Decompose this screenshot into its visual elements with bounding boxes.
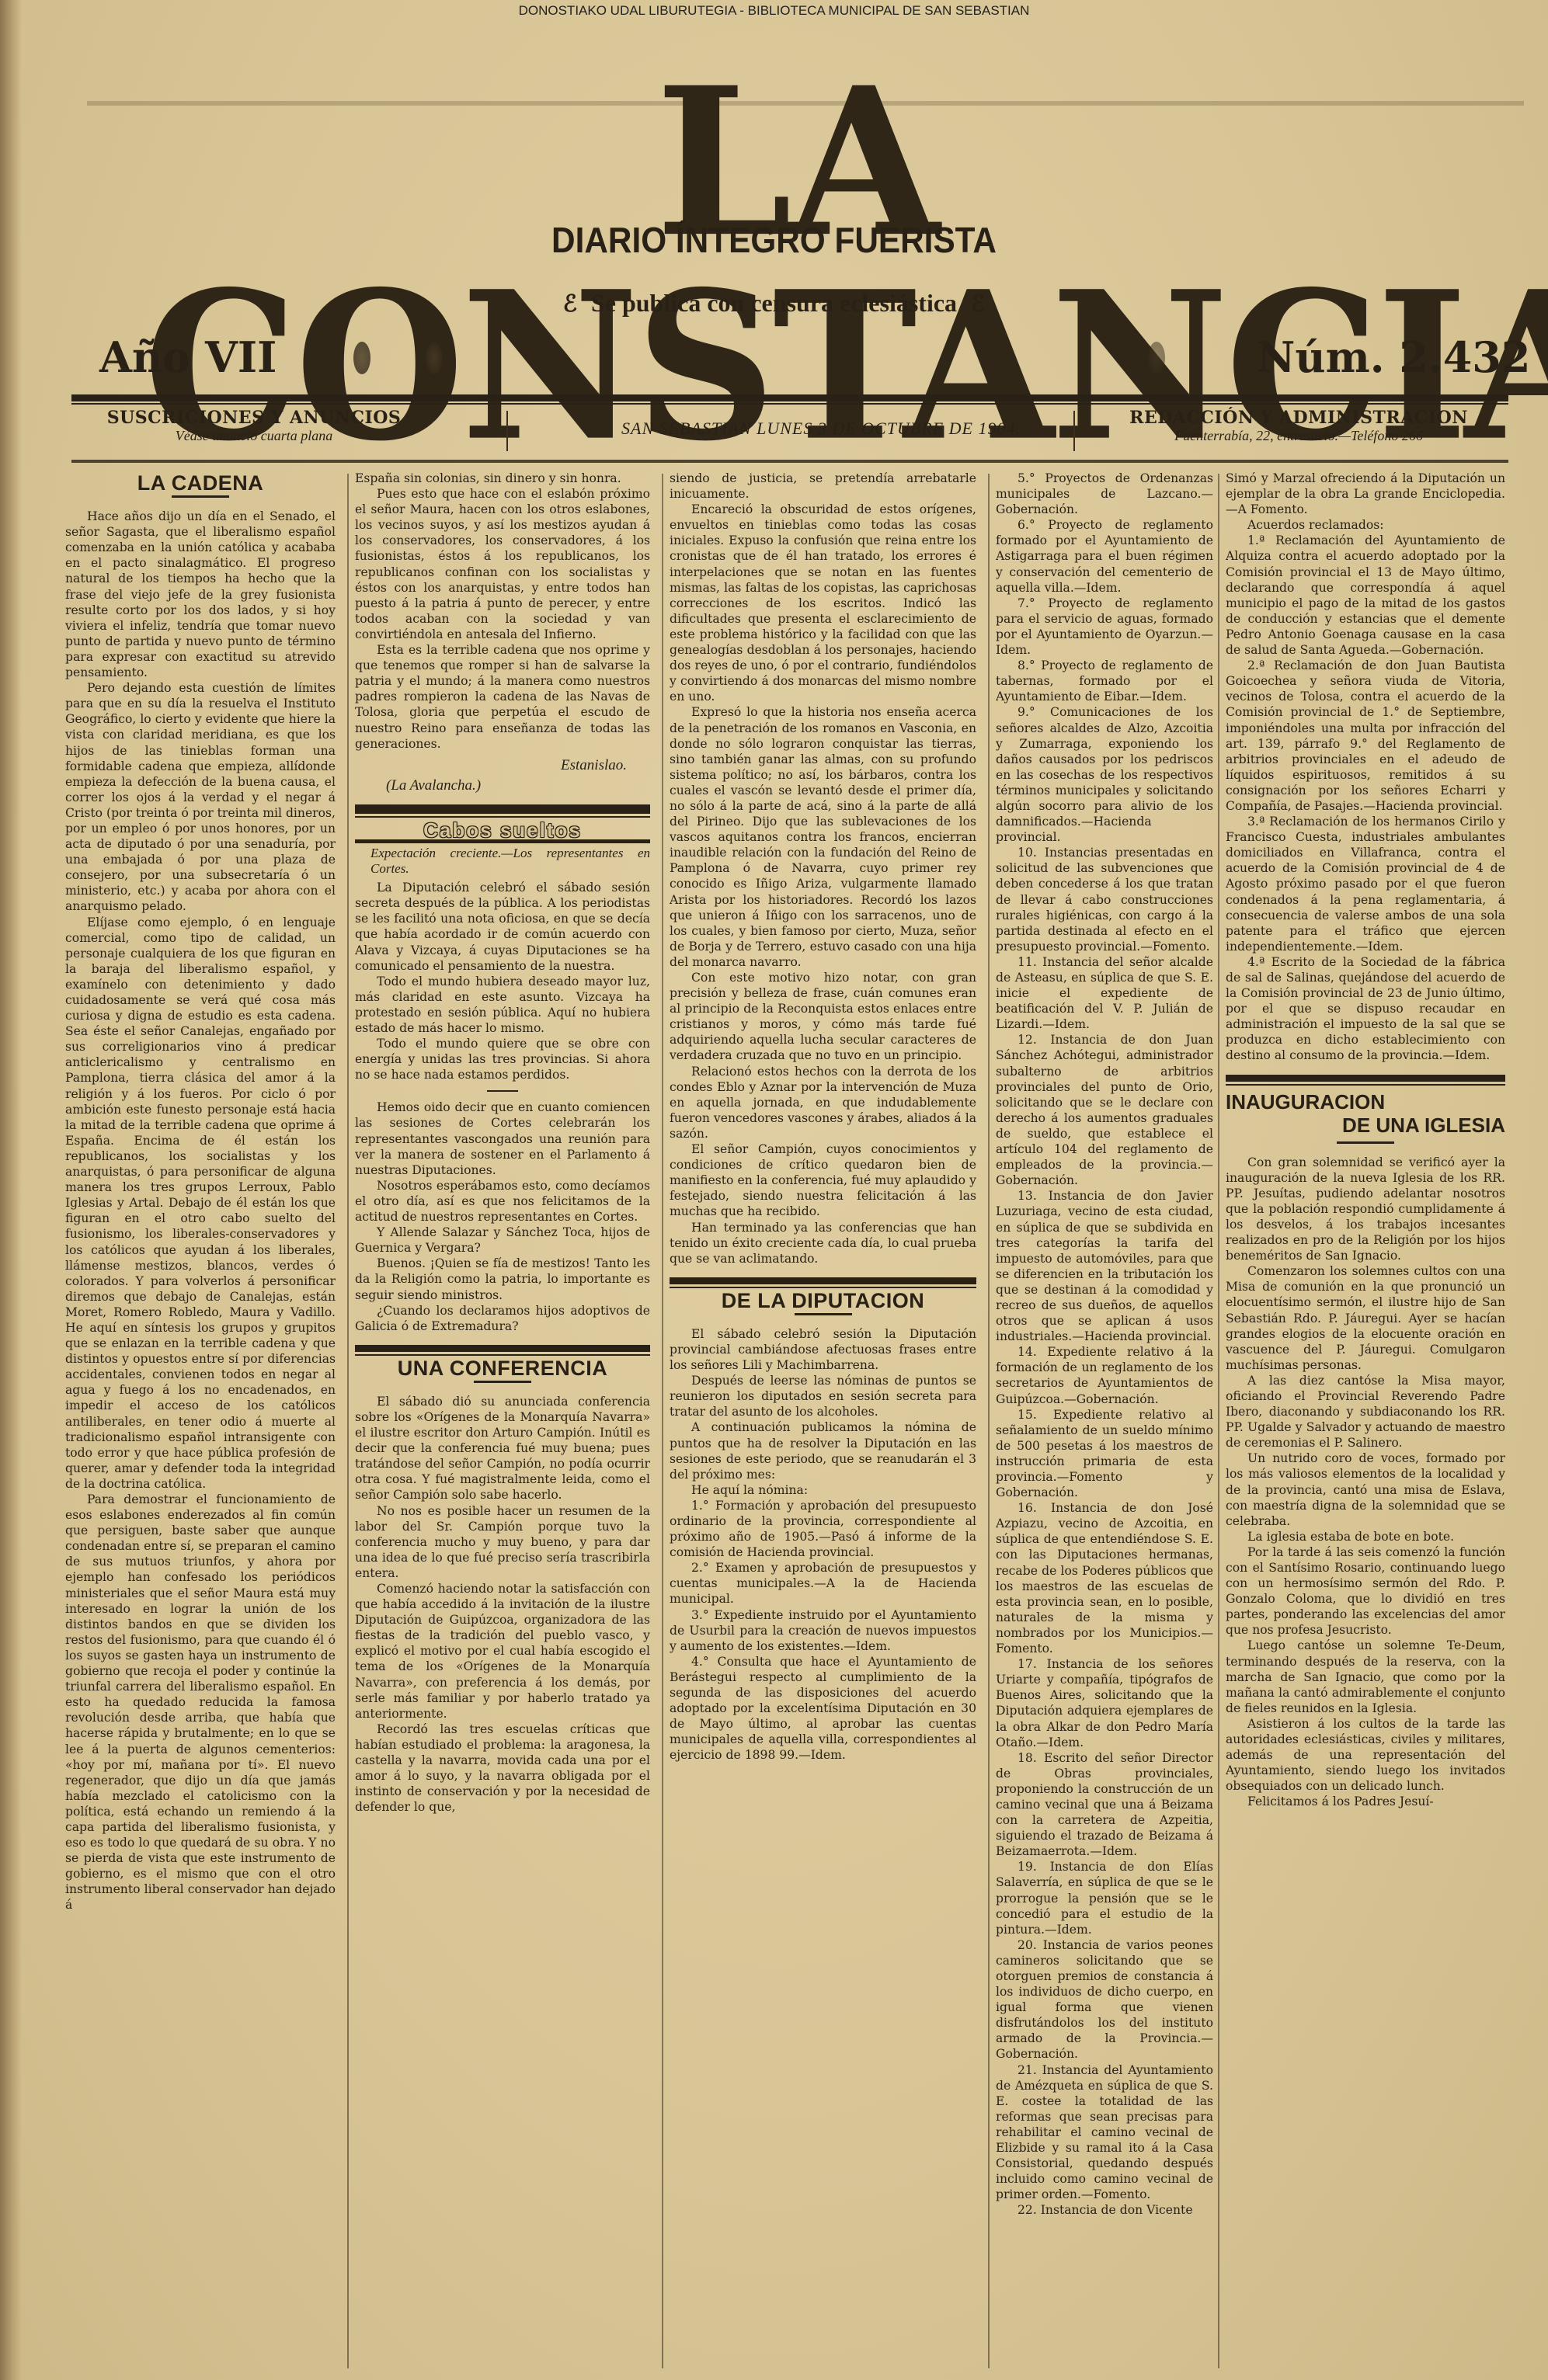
article-paragraph: Hace años dijo un día en el Senado, el s… <box>65 509 336 680</box>
section-band <box>670 1277 976 1284</box>
article-paragraph: La Diputación celebró el sábado sesión s… <box>355 880 650 974</box>
nomina-item: 9.° Comunicaciones de los señores alcald… <box>996 704 1213 845</box>
article-headline: INAUGURACION DE UNA IGLESIA <box>1226 1090 1505 1137</box>
nomina-item: 3.ª Reclamación de los hermanos Cirilo y… <box>1226 814 1505 954</box>
article-headline: DE LA DIPUTACION <box>670 1293 976 1308</box>
article-paragraph: Comenzaron los solemnes cultos con una M… <box>1226 1263 1505 1373</box>
article-paragraph: España sin colonias, sin dinero y sin ho… <box>355 471 650 486</box>
page-binding-edge <box>0 0 22 2380</box>
article-paragraph: Comenzó haciendo notar la satisfacción c… <box>355 1581 650 1722</box>
article-paragraph: Han terminado ya las conferencias que ha… <box>670 1220 976 1266</box>
section-rule <box>355 816 650 818</box>
article-paragraph: Hemos oido decir que en cuanto comiencen… <box>355 1100 650 1177</box>
section-band <box>1226 1075 1505 1082</box>
article-paragraph: Felicitamos á los Padres Jesuí- <box>1226 1794 1505 1809</box>
article-paragraph: A continuación publicamos la nómina de p… <box>670 1419 976 1482</box>
column-1: LA CADENA Hace años dijo un día en el Se… <box>65 471 336 2365</box>
info-bar: SUSCRICIONES Y ANUNCIOS Véase anuncio cu… <box>71 408 1508 454</box>
newspaper-title: LA CONSTANCIA <box>144 61 1449 468</box>
article-paragraph: Con gran solemnidad se verificó ayer la … <box>1226 1155 1505 1264</box>
article-paragraph: 1.° Formación y aprobación del presupues… <box>670 1498 976 1560</box>
subscriptions-heading: SUSCRICIONES Y ANUNCIOS <box>71 408 437 428</box>
nomina-item: 18. Escrito del señor Director de Obras … <box>996 1750 1213 1860</box>
article-paragraph: El sábado celebró sesión la Diputación p… <box>670 1326 976 1373</box>
nomina-item: Simó y Marzal ofreciendo á la Diputación… <box>1226 471 1505 517</box>
article-paragraph: Y Allende Salazar y Sánchez Toca, hijos … <box>355 1225 650 1256</box>
article-paragraph: Recordó las tres escuelas críticas que h… <box>355 1722 650 1815</box>
headline-line-1: INAUGURACION <box>1226 1090 1505 1114</box>
article-paragraph: Con este motivo hizo notar, con gran pre… <box>670 970 976 1064</box>
column-rule <box>662 474 663 2368</box>
subscriptions-note: Véase anuncio cuarta plana <box>71 428 437 444</box>
section-rule <box>670 1287 976 1288</box>
ornament-right-icon: ℰ <box>971 291 985 317</box>
column-rule <box>1218 474 1219 2368</box>
nomina-item: 13. Instancia de don Javier Luzuriaga, v… <box>996 1188 1213 1344</box>
ink-seal-icon <box>353 342 370 374</box>
nomina-item: 15. Expediente relativo al señalamiento … <box>996 1407 1213 1501</box>
ink-seal-icon <box>1148 342 1165 374</box>
section-title: Cabos sueltos <box>355 822 650 838</box>
article-paragraph: Buenos. ¡Quien se fía de mestizos! Tanto… <box>355 1256 650 1302</box>
article-paragraph: He aquí la nómina: <box>670 1482 976 1498</box>
headline-line-2: DE UNA IGLESIA <box>1226 1114 1505 1137</box>
info-separator <box>1073 411 1075 451</box>
headline-rule <box>1337 1141 1394 1144</box>
editorial-office-heading: REDACCIÓN Y ADMINISTRACION <box>1081 408 1516 428</box>
article-paragraph: El sábado dió su anunciada conferencia s… <box>355 1394 650 1503</box>
nomina-item: 8.° Proyecto de reglamento de tabernas, … <box>996 658 1213 704</box>
nomina-item: 16. Instancia de don José Azpiazu, vecin… <box>996 1500 1213 1656</box>
article-paragraph: El señor Campión, cuyos conocimientos y … <box>670 1141 976 1219</box>
article-paragraph: Por la tarde á las seis comenzó la funci… <box>1226 1544 1505 1638</box>
nomina-item: 22. Instancia de don Vicente <box>996 2202 1213 2218</box>
article-paragraph: 4.° Consulta que hace el Ayuntamiento de… <box>670 1654 976 1763</box>
ornament-left-icon: ℰ <box>563 291 577 317</box>
article-paragraph: Expresó lo que la historia nos enseña ac… <box>670 704 976 970</box>
article-paragraph: Elíjase como ejemplo, ó en lenguaje come… <box>65 915 336 1492</box>
nomina-item: 1.ª Reclamación del Ayuntamiento de Alqu… <box>1226 533 1505 658</box>
article-headline: LA CADENA <box>65 475 336 491</box>
article-paragraph: 3.° Expediente instruido por el Ayuntami… <box>670 1607 976 1654</box>
nomina-item: 17. Instancia de los señores Uriarte y c… <box>996 1656 1213 1750</box>
article-signature: Estanislao. <box>355 758 650 773</box>
headline-rule <box>795 1313 852 1315</box>
column-4: 5.° Proyectos de Ordenanzas municipales … <box>996 471 1213 2365</box>
nomina-item: 11. Instancia del señor alcalde de Astea… <box>996 954 1213 1032</box>
nomina-item: 4.ª Escrito de la Sociedad de la fábrica… <box>1226 954 1505 1064</box>
editorial-office-block: REDACCIÓN Y ADMINISTRACION Fuenterrabía,… <box>1081 408 1516 454</box>
censura-text: Se publica con censura eclesiástica <box>591 289 957 317</box>
article-paragraph: Relacionó estos hechos con la derrota de… <box>670 1064 976 1141</box>
article-paragraph: Después de leerse las nóminas de puntos … <box>670 1373 976 1419</box>
column-5: Simó y Marzal ofreciendo á la Diputación… <box>1226 471 1505 2365</box>
section-band <box>355 1345 650 1352</box>
section-rule <box>355 1354 650 1356</box>
dateline: SAN SEBASTIAN LUNES 3 DE OCTUBRE DE 1904… <box>506 408 1136 439</box>
column-3: siendo de justicia, se pretendía arrebat… <box>670 471 976 2365</box>
nomina-item: 20. Instancia de varios peones camineros… <box>996 1937 1213 2062</box>
article-paragraph: Todo el mundo quiere que se obre con ene… <box>355 1036 650 1082</box>
masthead-divider-thin <box>71 403 1508 405</box>
ink-seal-icon <box>426 342 443 374</box>
article-paragraph: A las diez cantóse la Misa mayor, oficia… <box>1226 1373 1505 1451</box>
article-paragraph: Todo el mundo hubiera deseado mayor luz,… <box>355 974 650 1036</box>
editorial-office-address: Fuenterrabía, 22, entresuelo.—Teléfono 2… <box>1081 428 1516 444</box>
article-paragraph: siendo de justicia, se pretendía arrebat… <box>670 471 976 502</box>
section-rule <box>1226 1084 1505 1086</box>
article-paragraph: 2.° Examen y aprobación de presupuestos … <box>670 1560 976 1607</box>
headline-rule <box>474 1381 531 1383</box>
masthead-divider <box>71 394 1508 401</box>
article-paragraph: ¿Cuando los declaramos hijos adoptivos d… <box>355 1303 650 1334</box>
article-paragraph: No nos es posible hacer un resumen de la… <box>355 1503 650 1581</box>
column-rule <box>347 474 349 2368</box>
nomina-item: 2.ª Reclamación de don Juan Bautista Goi… <box>1226 658 1505 814</box>
article-headline: UNA CONFERENCIA <box>355 1360 650 1376</box>
article-paragraph: Un nutrido coro de voces, formado por lo… <box>1226 1451 1505 1528</box>
newspaper-subtitle: DIARIO ÍNTEGRO FUERISTA <box>62 219 1487 261</box>
article-paragraph: Asistieron á los cultos de la tarde las … <box>1226 1716 1505 1794</box>
nomina-item: 6.° Proyecto de reglamento formado por e… <box>996 517 1213 595</box>
article-paragraph: Pues esto que hace con el eslabón próxim… <box>355 486 650 642</box>
article-paragraph: Nosotros esperábamos esto, como decíamos… <box>355 1178 650 1225</box>
nomina-item: Acuerdos reclamados: <box>1226 517 1505 533</box>
separator-dash <box>487 1090 518 1092</box>
nomina-item: 14. Expediente relativo á la formación d… <box>996 1344 1213 1406</box>
article-paragraph: Para demostrar el funcionamiento de esos… <box>65 1492 336 1913</box>
nomina-item: 7.° Proyecto de reglamento para el servi… <box>996 596 1213 658</box>
nomina-item: 19. Instancia de don Elías Salaverría, e… <box>996 1859 1213 1937</box>
headline-rule <box>172 495 229 498</box>
section-band <box>355 804 650 814</box>
dateline-block: SAN SEBASTIAN LUNES 3 DE OCTUBRE DE 1904… <box>506 408 1136 454</box>
newspaper-page: DONOSTIAKO UDAL LIBURUTEGIA - BIBLIOTECA… <box>0 0 1548 2380</box>
article-lead: Expectación creciente.—Los representante… <box>355 846 650 877</box>
info-bar-bottom-rule <box>71 460 1508 463</box>
nomina-item: 12. Instancia de don Juan Sánchez Achóte… <box>996 1032 1213 1188</box>
subscriptions-block: SUSCRICIONES Y ANUNCIOS Véase anuncio cu… <box>71 408 437 454</box>
article-paragraph: Luego cantóse un solemne Te-Deum, termin… <box>1226 1638 1505 1715</box>
article-paragraph: Esta es la terrible cadena que nos oprim… <box>355 642 650 752</box>
article-source: (La Avalancha.) <box>355 778 650 794</box>
year-label: Año VII <box>99 332 277 382</box>
censura-line: ℰ Se publica con censura eclesiástica ℰ <box>0 289 1548 318</box>
article-paragraph: La iglesia estaba de bote en bote. <box>1226 1529 1505 1544</box>
column-rule <box>988 474 990 2368</box>
nomina-item: 21. Instancia del Ayuntamiento de Amézqu… <box>996 2062 1213 2203</box>
column-2: España sin colonias, sin dinero y sin ho… <box>355 471 650 2365</box>
archive-watermark: DONOSTIAKO UDAL LIBURUTEGIA - BIBLIOTECA… <box>0 3 1548 19</box>
nomina-item: 5.° Proyectos de Ordenanzas municipales … <box>996 471 1213 517</box>
article-paragraph: Pero dejando esta cuestión de límites pa… <box>65 680 336 914</box>
article-paragraph: Encareció la obscuridad de estos orígene… <box>670 502 976 704</box>
issue-number: Núm. 2.432 <box>1257 332 1530 382</box>
nomina-item: 10. Instancias presentadas en solicitud … <box>996 845 1213 954</box>
